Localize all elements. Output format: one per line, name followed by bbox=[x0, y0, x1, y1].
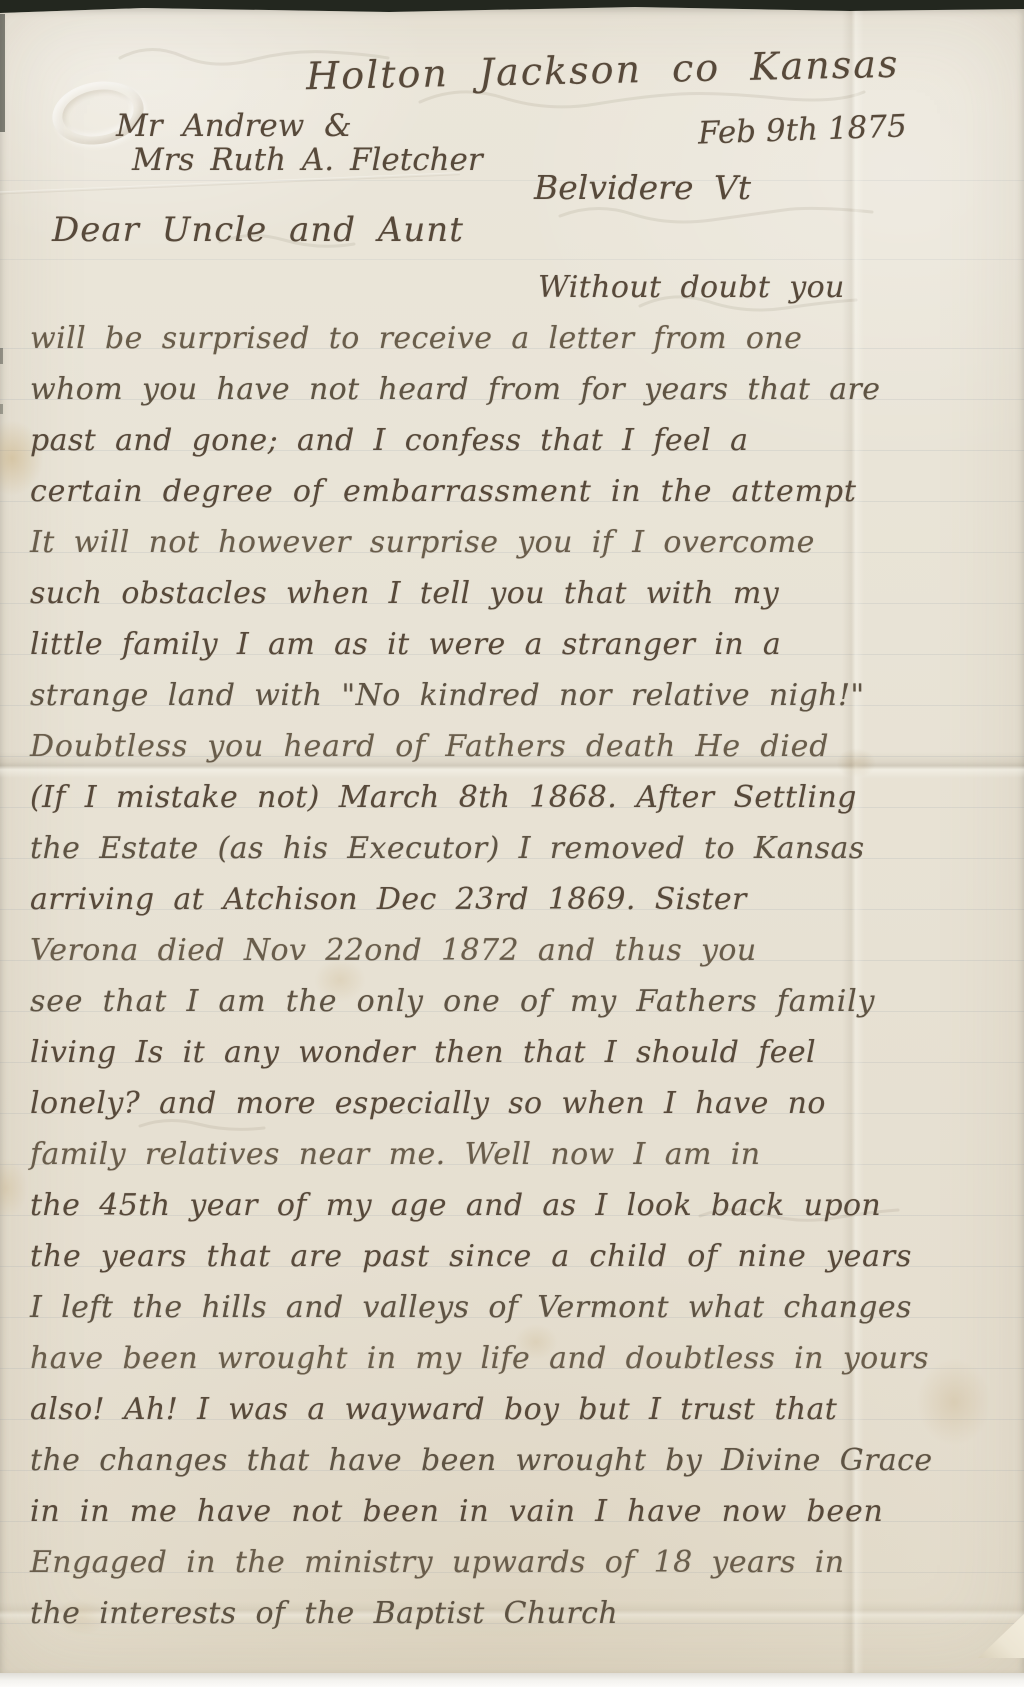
letter-line: lonely? and more especially so when I ha… bbox=[30, 1078, 1008, 1129]
letter-line: (If I mistake not) March 8th 1868. After… bbox=[30, 772, 1008, 823]
letter-line: Doubtless you heard of Fathers death He … bbox=[30, 721, 1008, 772]
scan-bed-edge-notch bbox=[0, 348, 3, 364]
letter-line: the changes that have been wrought by Di… bbox=[30, 1435, 1008, 1486]
letter-line: strange land with "No kindred nor relati… bbox=[30, 670, 1008, 721]
letter-line: the years that are past since a child of… bbox=[30, 1231, 1008, 1282]
letter-line: have been wrought in my life and doubtle… bbox=[30, 1333, 1008, 1384]
letter-sheet: Holton Jackson co Kansas Mr Andrew & Mrs… bbox=[0, 6, 1024, 1673]
letter-line: in in me have not been in vain I have no… bbox=[30, 1486, 1008, 1537]
letter-line: living Is it any wonder then that I shou… bbox=[30, 1027, 1008, 1078]
letter-body: Without doubt youwill be surprised to re… bbox=[30, 262, 1008, 1639]
letter-line: also! Ah! I was a wayward boy but I trus… bbox=[30, 1384, 1008, 1435]
heading-location-line: Belvidere Vt bbox=[534, 168, 751, 207]
heading-date-line: Feb 9th 1875 bbox=[697, 108, 907, 151]
letter-line: such obstacles when I tell you that with… bbox=[30, 568, 1008, 619]
letter-line: whom you have not heard from for years t… bbox=[30, 364, 1008, 415]
letter-line: see that I am the only one of my Fathers… bbox=[30, 976, 1008, 1027]
letter-line: past and gone; and I confess that I feel… bbox=[30, 415, 1008, 466]
heading-addressee-line-2: Mrs Ruth A. Fletcher bbox=[132, 142, 483, 178]
heading-addressee-line-1: Mr Andrew & bbox=[116, 108, 352, 144]
letter-line: the interests of the Baptist Church bbox=[30, 1588, 1008, 1639]
salutation: Dear Uncle and Aunt bbox=[52, 210, 464, 250]
letter-line: Engaged in the ministry upwards of 18 ye… bbox=[30, 1537, 1008, 1588]
letter-line: It will not however surprise you if I ov… bbox=[30, 517, 1008, 568]
letter-line: certain degree of embarrassment in the a… bbox=[30, 466, 1008, 517]
letter-line: will be surprised to receive a letter fr… bbox=[30, 313, 1008, 364]
letter-line: I left the hills and valleys of Vermont … bbox=[30, 1282, 1008, 1333]
letter-line: Verona died Nov 22ond 1872 and thus you bbox=[30, 925, 1008, 976]
letter-line: the Estate (as his Executor) I removed t… bbox=[30, 823, 1008, 874]
letter-line: the 45th year of my age and as I look ba… bbox=[30, 1180, 1008, 1231]
letter-line: little family I am as it were a stranger… bbox=[30, 619, 1008, 670]
letter-line: arriving at Atchison Dec 23rd 1869. Sist… bbox=[30, 874, 1008, 925]
heading-place-line: Holton Jackson co Kansas bbox=[306, 42, 900, 98]
scan-bed-edge-notch bbox=[0, 14, 5, 132]
scanned-letter-page: { "scan": { "background_color": "#23271f… bbox=[0, 0, 1024, 1687]
stain bbox=[0, 1158, 28, 1218]
scan-bed-bottom-edge bbox=[0, 1672, 1024, 1687]
scan-bed-edge-notch bbox=[0, 404, 3, 414]
letter-line: Without doubt you bbox=[30, 262, 1008, 313]
letter-line: family relatives near me. Well now I am … bbox=[30, 1129, 1008, 1180]
